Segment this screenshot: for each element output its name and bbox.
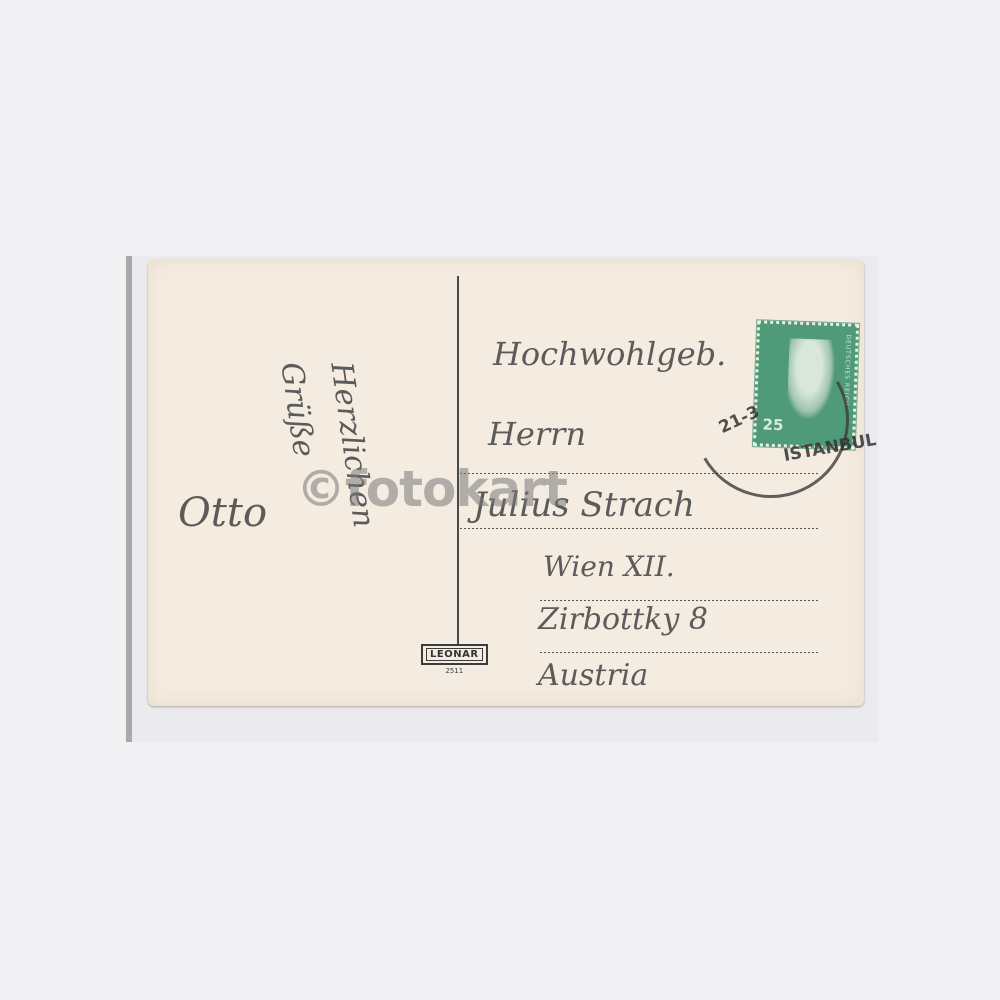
message-line: Grüße [273, 360, 321, 459]
address-line [540, 652, 820, 653]
address-line [460, 528, 820, 529]
address-line-4: Wien XII. [543, 550, 675, 583]
publisher-number: 2511 [421, 667, 488, 675]
publisher-name: LEONAR [426, 648, 483, 661]
address-line-1: Hochwohlgeb. [493, 335, 726, 373]
publisher-mark: LEONAR 2511 [421, 644, 488, 675]
address-line-2: Herrn [488, 415, 586, 453]
address-line-5: Zirbottky 8 [538, 602, 708, 637]
address-line-6: Austria [538, 658, 648, 693]
signature: Otto [178, 490, 267, 536]
address-line [540, 600, 820, 601]
watermark: ©fotokart [296, 460, 567, 518]
